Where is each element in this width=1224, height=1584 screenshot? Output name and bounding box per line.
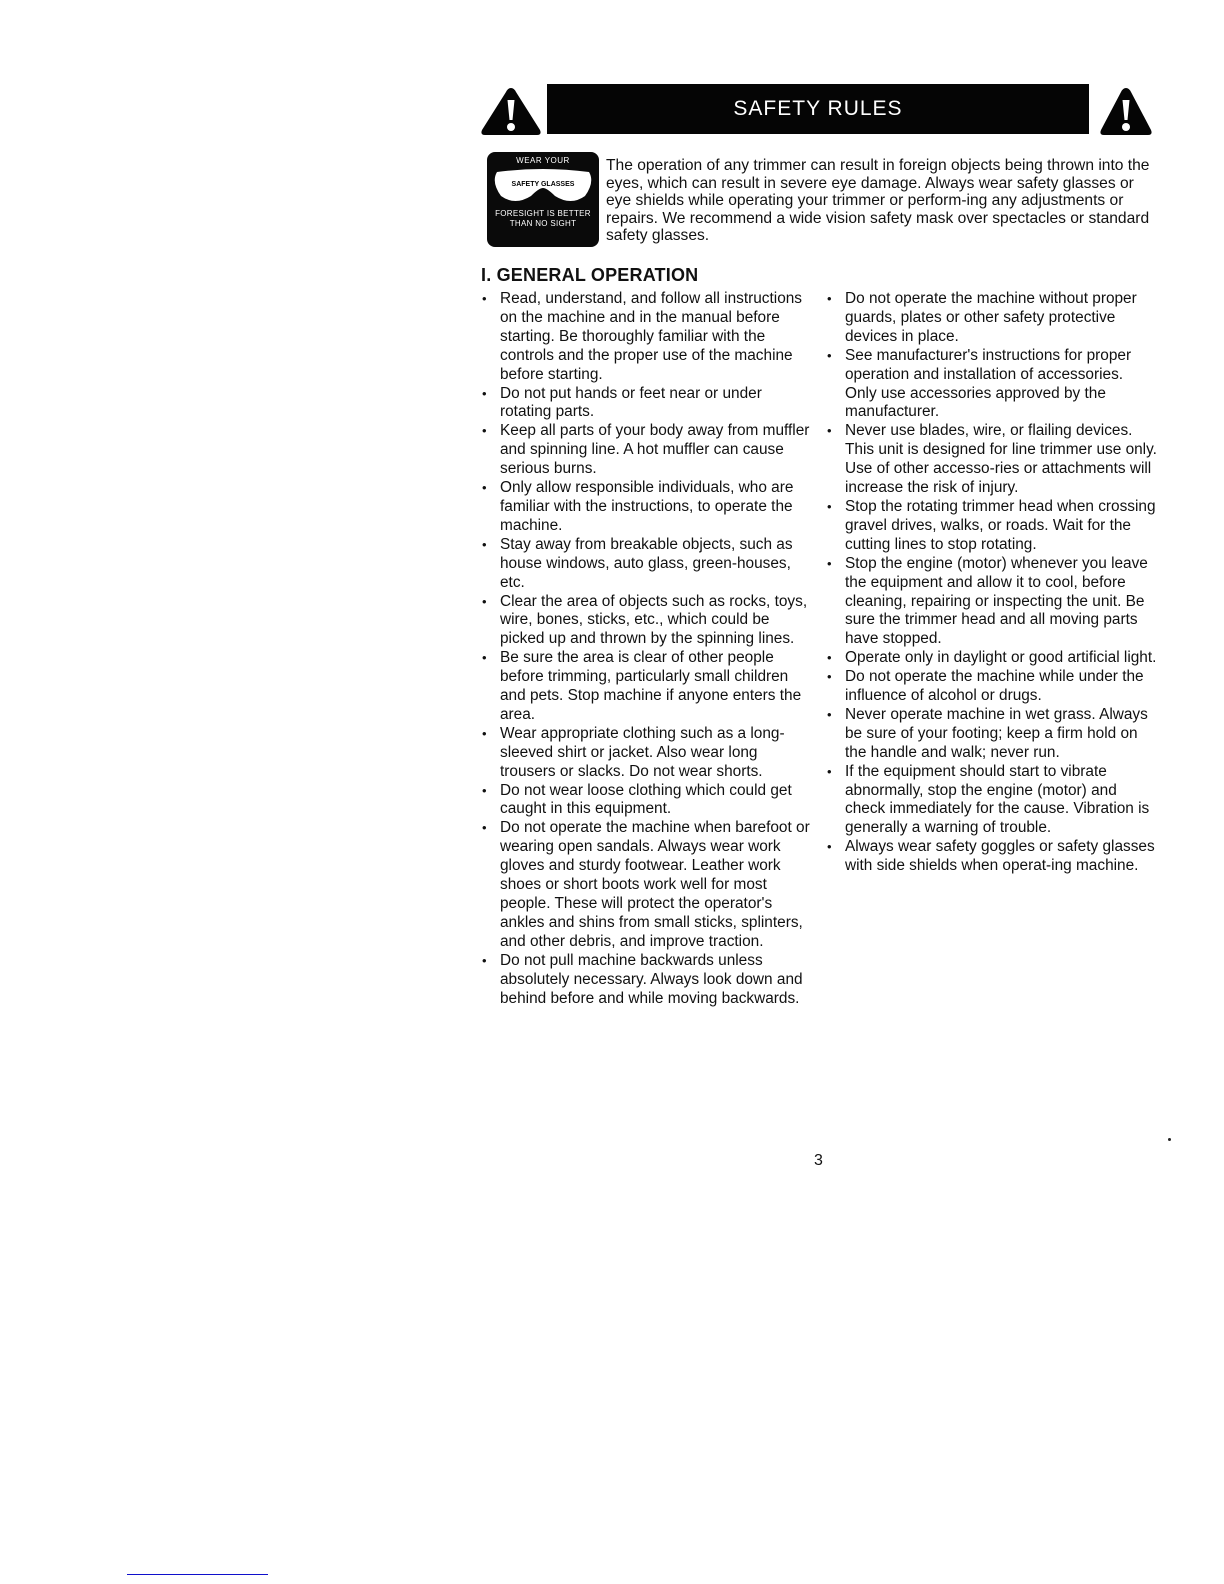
warning-triangle-icon [1099, 86, 1153, 136]
list-item: Always wear safety goggles or safety gla… [827, 838, 1157, 876]
intro-paragraph: The operation of any trimmer can result … [606, 157, 1156, 245]
list-item: Do not operate the machine while under t… [827, 668, 1157, 706]
right-column: Do not operate the machine without prope… [827, 290, 1157, 876]
list-item: Do not operate the machine without prope… [827, 290, 1157, 347]
footer-link-line [127, 1574, 268, 1575]
list-item: Keep all parts of your body away from mu… [482, 422, 812, 479]
page-number: 3 [814, 1152, 823, 1170]
list-item: Never operate machine in wet grass. Alwa… [827, 706, 1157, 763]
list-item: Stop the rotating trimmer head when cros… [827, 498, 1157, 555]
list-item: See manufacturer's instructions for prop… [827, 347, 1157, 423]
warning-triangle-icon [479, 86, 543, 136]
list-item: If the equipment should start to vibrate… [827, 763, 1157, 839]
list-item: Stop the engine (motor) whenever you lea… [827, 555, 1157, 650]
list-item: Do not put hands or feet near or under r… [482, 385, 812, 423]
sign-line-3: THAN NO SIGHT [487, 219, 599, 228]
safety-rules-header: SAFETY RULES [479, 83, 1151, 137]
page-title: SAFETY RULES [733, 97, 902, 121]
title-bar: SAFETY RULES [547, 84, 1089, 134]
sign-line-2: FORESIGHT IS BETTER [487, 209, 599, 218]
list-item: Be sure the area is clear of other peopl… [482, 649, 812, 725]
list-item: Do not operate the machine when barefoot… [482, 819, 812, 951]
list-item: Stay away from breakable objects, such a… [482, 536, 812, 593]
list-item: Do not wear loose clothing which could g… [482, 782, 812, 820]
list-item: Never use blades, wire, or flailing devi… [827, 422, 1157, 498]
wear-safety-glasses-sign: WEAR YOUR SAFETY GLASSES FORESIGHT IS BE… [487, 152, 599, 247]
list-item: Clear the area of objects such as rocks,… [482, 593, 812, 650]
list-item: Only allow responsible individuals, who … [482, 479, 812, 536]
rules-list-left: Read, understand, and follow all instruc… [482, 290, 812, 1008]
sign-line-1: WEAR YOUR [487, 156, 599, 165]
rules-list-right: Do not operate the machine without prope… [827, 290, 1157, 876]
list-item: Do not pull machine backwards unless abs… [482, 952, 812, 1009]
sign-glasses-label: SAFETY GLASSES [487, 181, 599, 188]
scan-dot [1168, 1138, 1171, 1141]
list-item: Read, understand, and follow all instruc… [482, 290, 812, 385]
section-heading: I. GENERAL OPERATION [481, 265, 698, 286]
left-column: Read, understand, and follow all instruc… [482, 290, 812, 1008]
list-item: Operate only in daylight or good artific… [827, 649, 1157, 668]
list-item: Wear appropriate clothing such as a long… [482, 725, 812, 782]
